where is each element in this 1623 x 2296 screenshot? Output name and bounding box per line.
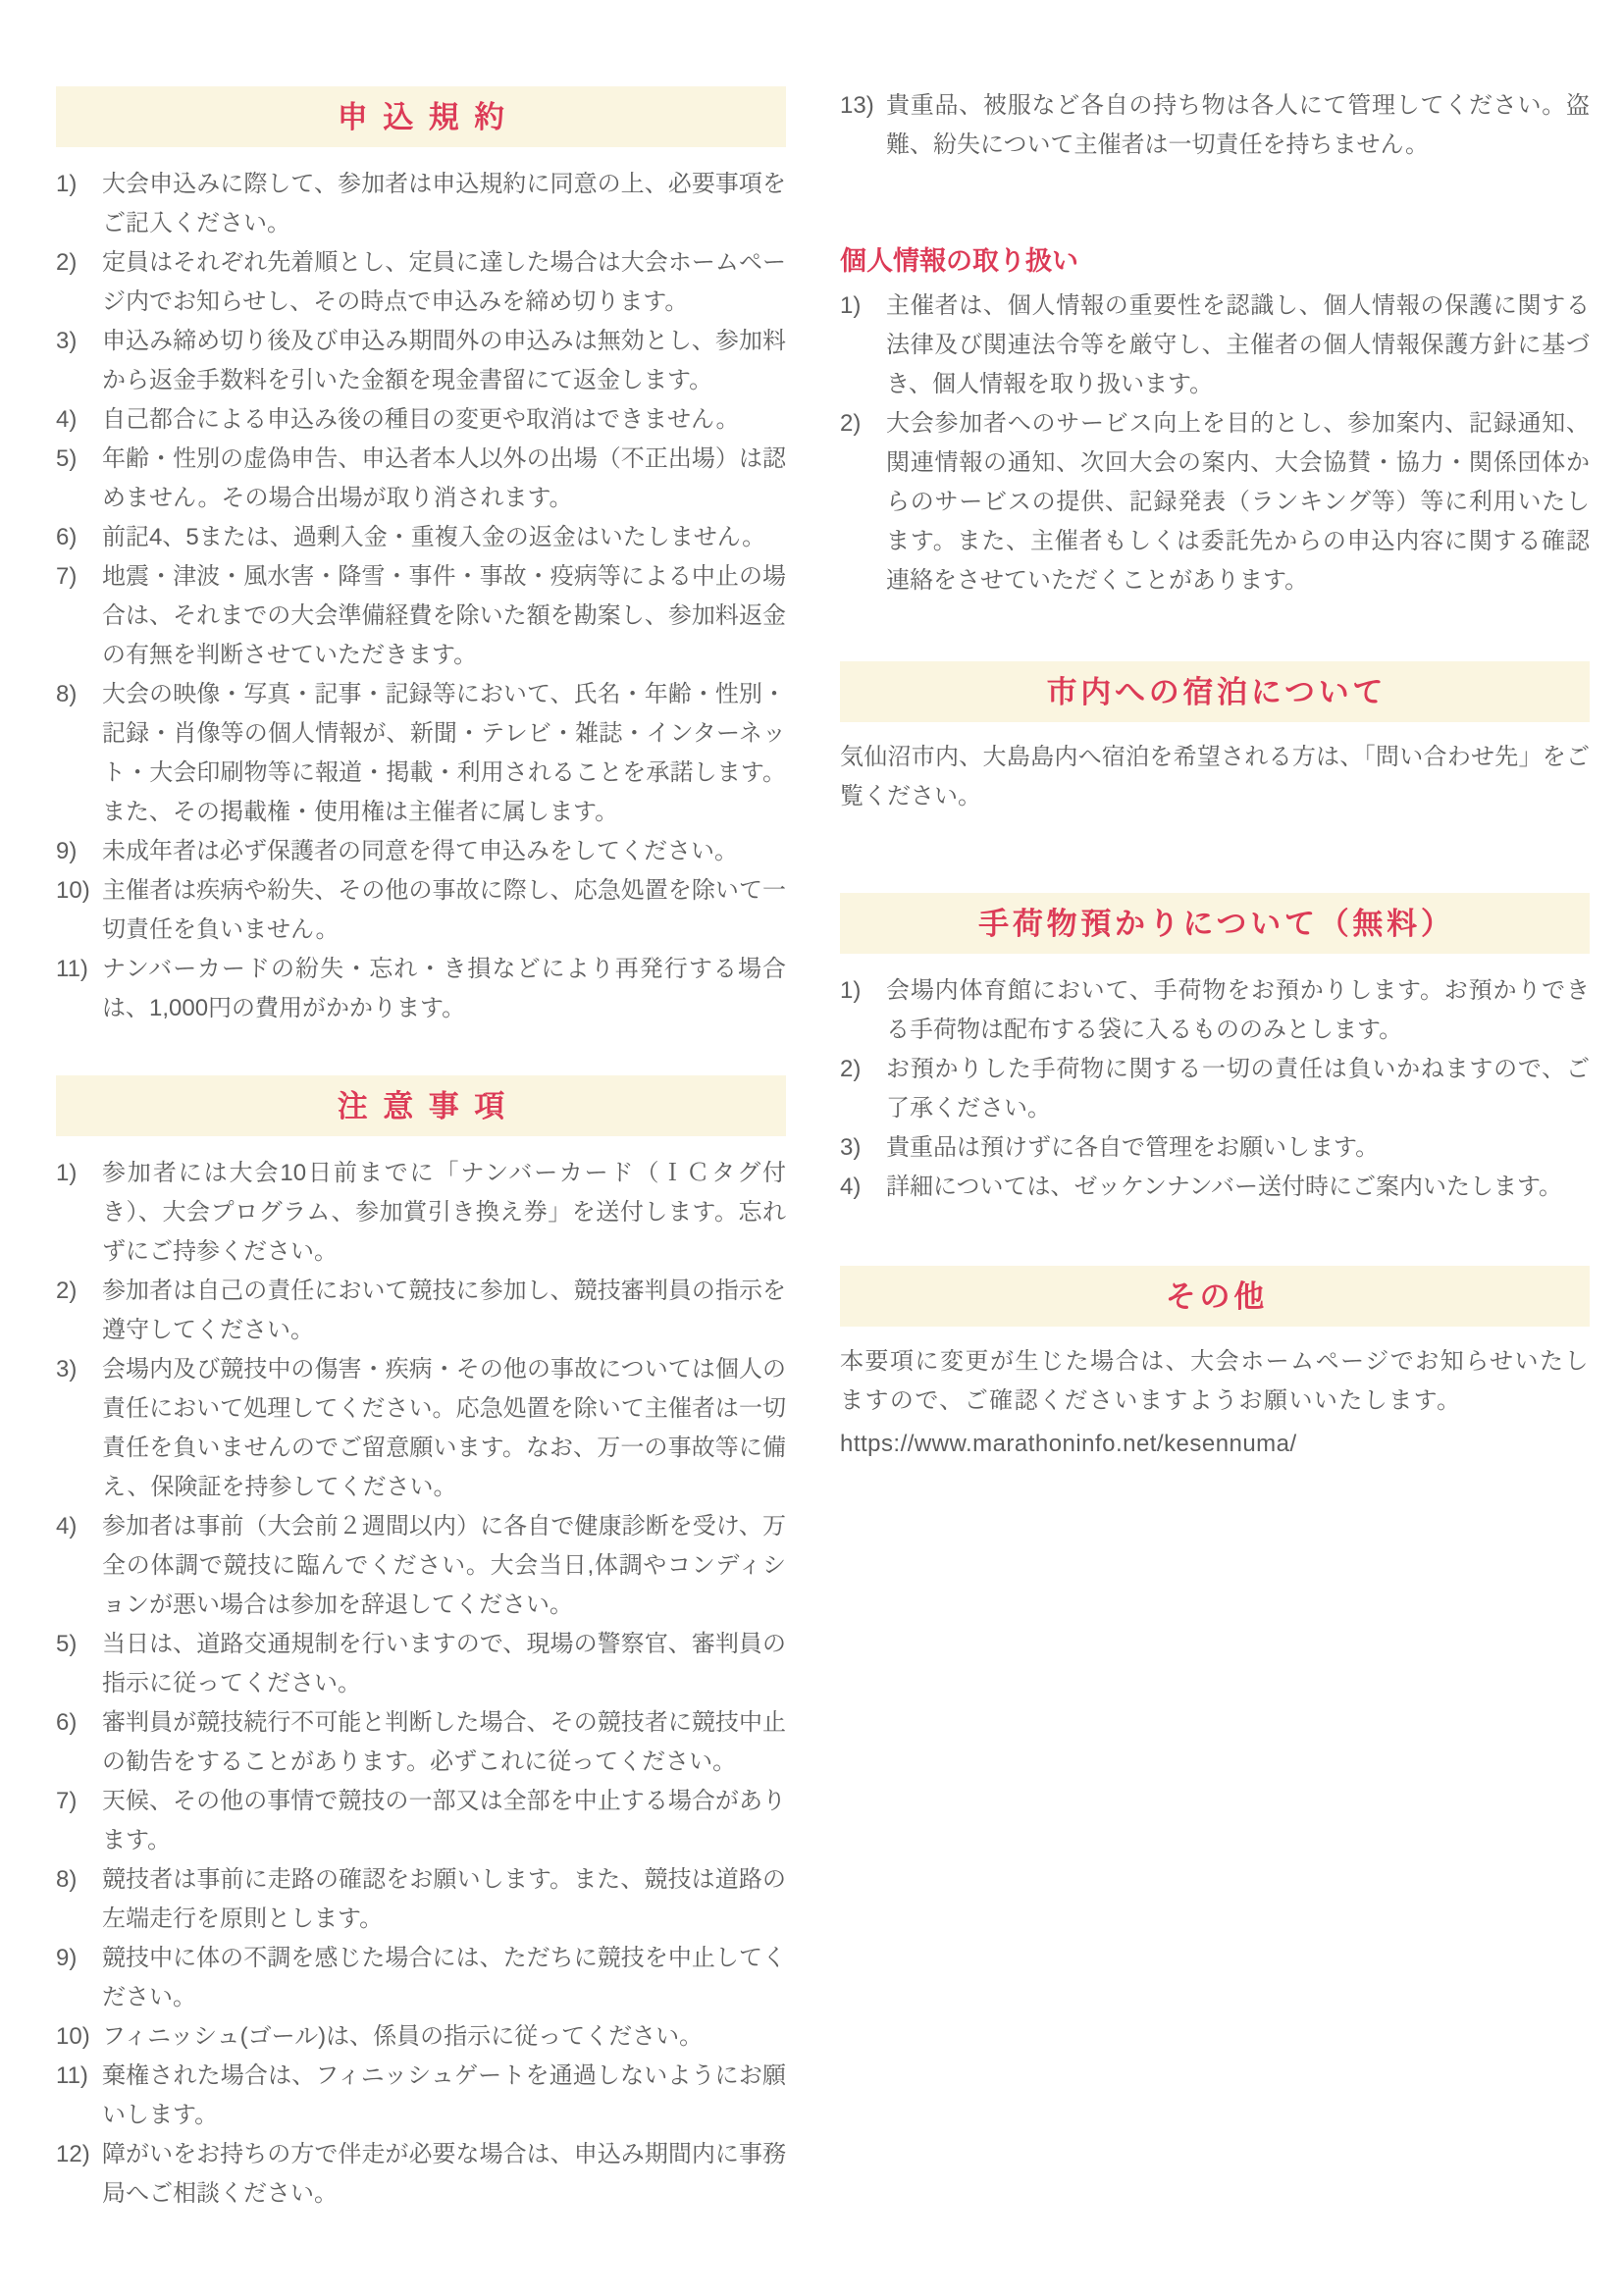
list-item: 7)地震・津波・風水害・降雪・事件・事故・疫病等による中止の場合は、それまでの大… bbox=[56, 557, 786, 675]
list-item: 11)棄権された場合は、フィニッシュゲートを通過しないようにお願いします。 bbox=[56, 2057, 786, 2135]
list-item: 12)障がいをお持ちの方で伴走が必要な場合は、申込み期間内に事務局へご相談くださ… bbox=[56, 2135, 786, 2214]
list-item: 5)年齢・性別の虚偽申告、申込者本人以外の出場（不正出場）は認めません。その場合… bbox=[56, 440, 786, 518]
item-text: 棄権された場合は、フィニッシュゲートを通過しないようにお願いします。 bbox=[102, 2057, 786, 2135]
precautions-list: 1)参加者には大会10日前までに「ナンバーカード（ＩＣタグ付き）、大会プログラム… bbox=[56, 1154, 786, 2214]
other-body: 本要項に変更が生じた場合は、大会ホームページでお知らせいたしますので、ご確認くだ… bbox=[840, 1342, 1590, 1421]
item-text: 未成年者は必ず保護者の同意を得て申込みをしてください。 bbox=[102, 832, 786, 871]
section-baggage: 手荷物預かりについて（無料） 1)会場内体育館において、手荷物をお預かりします。… bbox=[840, 893, 1590, 1207]
item-number: 8) bbox=[56, 675, 102, 832]
list-item: 3)貴重品は預けずに各自で管理をお願いします。 bbox=[840, 1128, 1590, 1168]
event-homepage-url: https://www.marathoninfo.net/kesennuma/ bbox=[840, 1425, 1590, 1464]
lodging-body: 気仙沼市内、大島島内へ宿泊を希望される方は、「問い合わせ先」をご覧ください。 bbox=[840, 738, 1590, 816]
item-text: 障がいをお持ちの方で伴走が必要な場合は、申込み期間内に事務局へご相談ください。 bbox=[102, 2135, 786, 2214]
item-text: ナンバーカードの紛失・忘れ・き損などにより再発行する場合は、1,000円の費用が… bbox=[102, 950, 786, 1028]
item-number: 7) bbox=[56, 1782, 102, 1860]
list-item: 13)貴重品、被服など各自の持ち物は各人にて管理してください。盗難、紛失について… bbox=[840, 86, 1590, 165]
document-page: 申込規約 1)大会申込みに際して、参加者は申込規約に同意の上、必要事項をご記入く… bbox=[0, 0, 1623, 2296]
list-item: 4)詳細については、ゼッケンナンバー送付時にご案内いたします。 bbox=[840, 1168, 1590, 1207]
list-item: 4)自己都合による申込み後の種目の変更や取消はできません。 bbox=[56, 400, 786, 440]
item-number: 8) bbox=[56, 1860, 102, 1939]
list-item: 9)未成年者は必ず保護者の同意を得て申込みをしてください。 bbox=[56, 832, 786, 871]
item-text: 貴重品、被服など各自の持ち物は各人にて管理してください。盗難、紛失について主催者… bbox=[886, 86, 1590, 165]
list-item: 2)大会参加者へのサービス向上を目的とし、参加案内、記録通知、関連情報の通知、次… bbox=[840, 404, 1590, 600]
list-item: 8)競技者は事前に走路の確認をお願いします。また、競技は道路の左端走行を原則とし… bbox=[56, 1860, 786, 1939]
list-item: 2)参加者は自己の責任において競技に参加し、競技審判員の指示を遵守してください。 bbox=[56, 1272, 786, 1350]
list-item: 1)会場内体育館において、手荷物をお預かりします。お預かりできる手荷物は配布する… bbox=[840, 971, 1590, 1050]
item-number: 3) bbox=[840, 1128, 886, 1168]
section-application-terms: 申込規約 1)大会申込みに際して、参加者は申込規約に同意の上、必要事項をご記入く… bbox=[56, 86, 786, 1028]
list-item: 10)主催者は疾病や紛失、その他の事故に際し、応急処置を除いて一切責任を負いませ… bbox=[56, 871, 786, 950]
item-text: 参加者には大会10日前までに「ナンバーカード（ＩＣタグ付き）、大会プログラム、参… bbox=[102, 1154, 786, 1272]
item-text: 前記4、5または、過剰入金・重複入金の返金はいたしません。 bbox=[102, 518, 786, 557]
item-number: 5) bbox=[56, 1625, 102, 1703]
precautions-title-band: 注意事項 bbox=[56, 1075, 786, 1136]
item-number: 4) bbox=[56, 400, 102, 440]
item-number: 1) bbox=[56, 165, 102, 243]
item-text: 審判員が競技続行不可能と判断した場合、その競技者に競技中止の勧告をすることがあり… bbox=[102, 1703, 786, 1782]
item-number: 6) bbox=[56, 518, 102, 557]
list-item: 7)天候、その他の事情で競技の一部又は全部を中止する場合があります。 bbox=[56, 1782, 786, 1860]
item-number: 10) bbox=[56, 871, 102, 950]
item-number: 1) bbox=[56, 1154, 102, 1272]
list-item: 1)大会申込みに際して、参加者は申込規約に同意の上、必要事項をご記入ください。 bbox=[56, 165, 786, 243]
left-column: 申込規約 1)大会申込みに際して、参加者は申込規約に同意の上、必要事項をご記入く… bbox=[56, 86, 786, 2296]
item-number: 4) bbox=[840, 1168, 886, 1207]
other-title: その他 bbox=[1162, 1279, 1268, 1314]
item-text: 会場内及び競技中の傷害・疾病・その他の事故については個人の責任において処理してく… bbox=[102, 1350, 786, 1507]
item-text: 年齢・性別の虚偽申告、申込者本人以外の出場（不正出場）は認めません。その場合出場… bbox=[102, 440, 786, 518]
item-number: 2) bbox=[840, 404, 886, 600]
item-text: 競技者は事前に走路の確認をお願いします。また、競技は道路の左端走行を原則とします… bbox=[102, 1860, 786, 1939]
section-precautions: 注意事項 1)参加者には大会10日前までに「ナンバーカード（ＩＣタグ付き）、大会… bbox=[56, 1075, 786, 2214]
item-text: 申込み締め切り後及び申込み期間外の申込みは無効とし、参加料から返金手数料を引いた… bbox=[102, 322, 786, 400]
item-number: 13) bbox=[840, 86, 886, 165]
list-item: 1)参加者には大会10日前までに「ナンバーカード（ＩＣタグ付き）、大会プログラム… bbox=[56, 1154, 786, 1272]
item-number: 1) bbox=[840, 971, 886, 1050]
item-number: 12) bbox=[56, 2135, 102, 2214]
list-item: 2)定員はそれぞれ先着順とし、定員に達した場合は大会ホームページ内でお知らせし、… bbox=[56, 243, 786, 322]
item-text: 当日は、道路交通規制を行いますので、現場の警察官、審判員の指示に従ってください。 bbox=[102, 1625, 786, 1703]
item-number: 10) bbox=[56, 2017, 102, 2057]
item-text: 自己都合による申込み後の種目の変更や取消はできません。 bbox=[102, 400, 786, 440]
precautions-title: 注意事項 bbox=[322, 1089, 520, 1123]
item-text: 参加者は事前（大会前２週間以内）に各自で健康診断を受け、万全の体調で競技に臨んで… bbox=[102, 1507, 786, 1625]
list-item: 9)競技中に体の不調を感じた場合には、ただちに競技を中止してください。 bbox=[56, 1939, 786, 2017]
item-number: 4) bbox=[56, 1507, 102, 1625]
section-other: その他 本要項に変更が生じた場合は、大会ホームページでお知らせいたしますので、ご… bbox=[840, 1266, 1590, 1464]
list-item: 3)申込み締め切り後及び申込み期間外の申込みは無効とし、参加料から返金手数料を引… bbox=[56, 322, 786, 400]
item-text: 参加者は自己の責任において競技に参加し、競技審判員の指示を遵守してください。 bbox=[102, 1272, 786, 1350]
list-item: 4)参加者は事前（大会前２週間以内）に各自で健康診断を受け、万全の体調で競技に臨… bbox=[56, 1507, 786, 1625]
precautions-list-continued: 13)貴重品、被服など各自の持ち物は各人にて管理してください。盗難、紛失について… bbox=[840, 86, 1590, 165]
list-item: 3)会場内及び競技中の傷害・疾病・その他の事故については個人の責任において処理し… bbox=[56, 1350, 786, 1507]
item-text: 会場内体育館において、手荷物をお預かりします。お預かりできる手荷物は配布する袋に… bbox=[886, 971, 1590, 1050]
other-title-band: その他 bbox=[840, 1266, 1590, 1327]
item-text: 主催者は疾病や紛失、その他の事故に際し、応急処置を除いて一切責任を負いません。 bbox=[102, 871, 786, 950]
item-text: 地震・津波・風水害・降雪・事件・事故・疫病等による中止の場合は、それまでの大会準… bbox=[102, 557, 786, 675]
item-number: 3) bbox=[56, 322, 102, 400]
right-column: 13)貴重品、被服など各自の持ち物は各人にて管理してください。盗難、紛失について… bbox=[840, 86, 1590, 2296]
list-item: 6)前記4、5または、過剰入金・重複入金の返金はいたしません。 bbox=[56, 518, 786, 557]
item-number: 9) bbox=[56, 1939, 102, 2017]
application-terms-list: 1)大会申込みに際して、参加者は申込規約に同意の上、必要事項をご記入ください。2… bbox=[56, 165, 786, 1028]
application-terms-title: 申込規約 bbox=[322, 100, 520, 134]
item-text: 大会の映像・写真・記事・記録等において、氏名・年齢・性別・記録・肖像等の個人情報… bbox=[102, 675, 786, 832]
item-number: 7) bbox=[56, 557, 102, 675]
section-lodging: 市内への宿泊について 気仙沼市内、大島島内へ宿泊を希望される方は、「問い合わせ先… bbox=[840, 661, 1590, 816]
personal-info-heading: 個人情報の取り扱い bbox=[840, 241, 1590, 281]
item-number: 5) bbox=[56, 440, 102, 518]
item-text: お預かりした手荷物に関する一切の責任は負いかねますので、ご了承ください。 bbox=[886, 1050, 1590, 1128]
item-text: 大会申込みに際して、参加者は申込規約に同意の上、必要事項をご記入ください。 bbox=[102, 165, 786, 243]
item-text: 大会参加者へのサービス向上を目的とし、参加案内、記録通知、関連情報の通知、次回大… bbox=[886, 404, 1590, 600]
item-text: 主催者は、個人情報の重要性を認識し、個人情報の保護に関する法律及び関連法令等を厳… bbox=[886, 287, 1590, 404]
application-terms-title-band: 申込規約 bbox=[56, 86, 786, 147]
item-number: 11) bbox=[56, 950, 102, 1028]
item-text: 詳細については、ゼッケンナンバー送付時にご案内いたします。 bbox=[886, 1168, 1590, 1207]
section-personal-info: 個人情報の取り扱い 1)主催者は、個人情報の重要性を認識し、個人情報の保護に関す… bbox=[840, 241, 1590, 600]
item-text: 定員はそれぞれ先着順とし、定員に達した場合は大会ホームページ内でお知らせし、その… bbox=[102, 243, 786, 322]
item-number: 2) bbox=[56, 243, 102, 322]
list-item: 8)大会の映像・写真・記事・記録等において、氏名・年齢・性別・記録・肖像等の個人… bbox=[56, 675, 786, 832]
list-item: 5)当日は、道路交通規制を行いますので、現場の警察官、審判員の指示に従ってくださ… bbox=[56, 1625, 786, 1703]
item-number: 2) bbox=[840, 1050, 886, 1128]
lodging-title-band: 市内への宿泊について bbox=[840, 661, 1590, 722]
item-text: 天候、その他の事情で競技の一部又は全部を中止する場合があります。 bbox=[102, 1782, 786, 1860]
item-text: フィニッシュ(ゴール)は、係員の指示に従ってください。 bbox=[102, 2017, 786, 2057]
personal-info-list: 1)主催者は、個人情報の重要性を認識し、個人情報の保護に関する法律及び関連法令等… bbox=[840, 287, 1590, 600]
baggage-title: 手荷物預かりについて（無料） bbox=[974, 907, 1454, 941]
item-number: 9) bbox=[56, 832, 102, 871]
item-text: 競技中に体の不調を感じた場合には、ただちに競技を中止してください。 bbox=[102, 1939, 786, 2017]
item-number: 1) bbox=[840, 287, 886, 404]
list-item: 6)審判員が競技続行不可能と判断した場合、その競技者に競技中止の勧告をすることが… bbox=[56, 1703, 786, 1782]
baggage-title-band: 手荷物預かりについて（無料） bbox=[840, 893, 1590, 954]
item-text: 貴重品は預けずに各自で管理をお願いします。 bbox=[886, 1128, 1590, 1168]
list-item: 10)フィニッシュ(ゴール)は、係員の指示に従ってください。 bbox=[56, 2017, 786, 2057]
item-number: 6) bbox=[56, 1703, 102, 1782]
list-item: 2)お預かりした手荷物に関する一切の責任は負いかねますので、ご了承ください。 bbox=[840, 1050, 1590, 1128]
item-number: 3) bbox=[56, 1350, 102, 1507]
item-number: 2) bbox=[56, 1272, 102, 1350]
item-number: 11) bbox=[56, 2057, 102, 2135]
list-item: 11)ナンバーカードの紛失・忘れ・き損などにより再発行する場合は、1,000円の… bbox=[56, 950, 786, 1028]
lodging-title: 市内への宿泊について bbox=[1043, 675, 1387, 709]
list-item: 1)主催者は、個人情報の重要性を認識し、個人情報の保護に関する法律及び関連法令等… bbox=[840, 287, 1590, 404]
baggage-list: 1)会場内体育館において、手荷物をお預かりします。お預かりできる手荷物は配布する… bbox=[840, 971, 1590, 1207]
